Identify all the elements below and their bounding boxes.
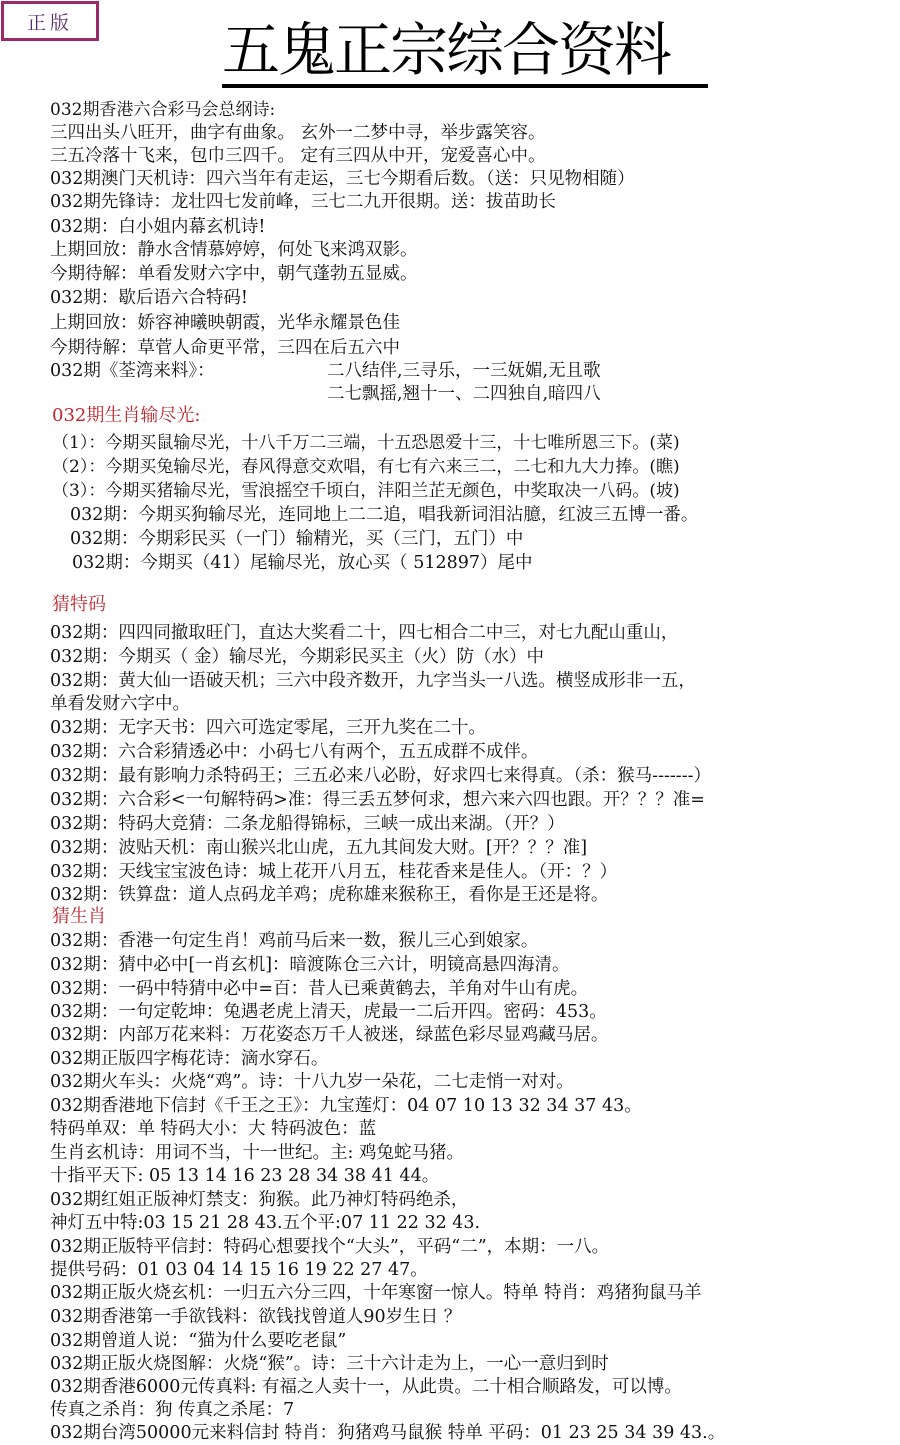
text-line: 032期正版火烧图解：火烧“猴”。诗：三十六计走为上，一心一意归到时 [50, 1353, 609, 1375]
text-line: 生肖玄机诗：用词不当，十一世纪。主: 鸡兔蛇马猪。 [50, 1142, 464, 1164]
text-line: 032期正版特平信封：特码心想要找个“大头”，平码“二”，本期：一八。 [50, 1236, 609, 1258]
text-line: 今期待解：单看发财六字中，朝气蓬勃五显威。 [50, 263, 418, 285]
text-line: 三四出头八旺开，曲字有曲象。 玄外一二梦中寻，举步露笑容。 [50, 122, 546, 144]
text-line: 032期：无字天书：四六可选定零尾，三开九奖在二十。 [50, 717, 486, 739]
text-line: 032期先锋诗：龙壮四七发前峰，三七二九开很期。送：拔苗助长 [50, 191, 556, 213]
text-line: 神灯五中特:03 15 21 28 43.五个平:07 11 22 32 43. [50, 1212, 480, 1234]
text-line: 032期香港6000元传真料: 有福之人卖十一，从此贵。二十相合顺路发，可以博。 [50, 1376, 682, 1398]
text-line: 032期：今期买（ 金）输尽光，今期彩民买主（火）防（水）中 [50, 646, 544, 668]
text-line: 032期：今期买（41）尾输尽光，放心买（ 512897）尾中 [72, 552, 533, 574]
text-line: （3）：今期买猪输尽光，雪浪摇空千顷白，沣阳兰芷无颜色，中奖取决一八码。(坡) [52, 480, 680, 502]
text-line: 032期：最有影响力杀特码王；三五必来八必盼，好求四七来得真。（杀：猴马----… [50, 765, 711, 787]
text-line: 032期：猜中必中[一肖玄机]：暗渡陈仓三六计，明镜高悬四海清。 [50, 954, 570, 976]
text-line: （2）：今期买兔输尽光，春风得意交欢唱，有七有六来三二，二七和九大力捧。(瞧) [52, 456, 680, 478]
section-header-temalei: 猜特码 [52, 594, 106, 616]
text-line: 提供号码：01 03 04 14 15 16 19 22 27 47。 [50, 1259, 428, 1281]
page-title: 五鬼正宗综合资料 [222, 14, 710, 86]
quanwan-line: 二七飘摇,翘十一、二四独自,暗四八 [327, 383, 601, 405]
text-line: 032期：四四同撤取旺门，直达大奖看二十，四七相合二中三，对七九配山重山， [50, 622, 678, 644]
quanwan-line: 二八结伴,三寻乐，一三妩媚,无且歌 [327, 360, 601, 382]
text-line: 传真之杀肖：狗 传真之杀尾：7 [50, 1399, 294, 1421]
text-line: 032期：今期买狗输尽光，连同地上二二追，唱我新词泪沾臆，红波三五博一番。 [70, 504, 698, 526]
text-line: 032期：香港一句定生肖！鸡前马后来一数，猴儿三心到娘家。 [50, 930, 538, 952]
text-line: 032期：天线宝宝波色诗：城上花开八月五，桂花香来是佳人。（开：？） [50, 861, 617, 883]
text-line: （1）：今期买鼠输尽光，十八千万二三端，十五恐恩爱十三，十七唯所恩三下。(菜) [52, 432, 680, 454]
text-line: 032期：一码中特猜中必中=百：昔人已乘黄鹤去，羊角对牛山有虎。 [50, 978, 588, 1000]
section-header-shengxiao-shu: 032期生肖输尽光: [52, 405, 200, 427]
text-line: 032期火车头：火烧“鸡”。诗：十八九岁一朵花，二七走悄一对对。 [50, 1071, 574, 1093]
text-line: 032期：歇后语六合特码! [50, 287, 248, 309]
text-line: 三五冷落十飞来，包巾三四千。 定有三四从中开，宠爱喜心中。 [50, 145, 546, 167]
text-line: 032期红姐正版神灯禁支：狗猴。此乃神灯特码绝杀， [50, 1189, 468, 1211]
text-line: 上期回放：静水含情慕婷婷，何处飞来鸿双影。 [50, 239, 418, 261]
text-line: 今期待解：草菅人命更平常，三四在后五六中 [50, 337, 400, 359]
text-line: 032期：六合彩<一句解特码>准：得三丢五梦何求，想六来六四也跟。开？？？准= [50, 789, 705, 811]
text-line: 032期香港地下信封《千王之王》：九宝莲灯：04 07 10 13 32 34 … [50, 1095, 642, 1117]
text-line: 032期：一句定乾坤：兔遇老虎上清天，虎最一二后开四。密码：453。 [50, 1001, 607, 1023]
stamp-label: 正版 [27, 8, 73, 35]
text-line: 单看发财六字中。 [50, 693, 190, 715]
text-line: 032期：波贴天机：南山猴兴北山虎，五九其间发大财。[开？？？准] [50, 837, 587, 859]
text-line: 032期：内部万花来料：万花姿态万千人被迷，绿蓝色彩尽显鸡藏马居。 [50, 1024, 608, 1046]
text-line: 032期：白小姐内幕玄机诗! [50, 216, 265, 238]
zhengban-stamp: 正版 [1, 1, 99, 41]
title-underline [222, 84, 708, 88]
text-line: 上期回放：娇容神曦映朝霞，光华永耀景色佳 [50, 312, 400, 334]
text-line: 032期台湾50000元来料信封 特肖：狗猪鸡马鼠猴 特单 平码：01 23 2… [50, 1422, 725, 1444]
text-line: 032期香港第一手欲钱料：欲钱找曾道人90岁生日 ？ [50, 1306, 461, 1328]
text-line: 032期：黄大仙一语破天机；三六中段齐数开，九字当头一八选。横竖成形非一五， [50, 670, 696, 692]
text-line: 032期曾道人说：“猫为什么要吃老鼠” [50, 1330, 346, 1352]
text-line: 032期澳门天机诗：四六当年有走运，三七今期看后数。（送：只见物相随） [50, 168, 635, 190]
text-line: 032期正版四字梅花诗：滴水穿石。 [50, 1048, 328, 1070]
text-line: 032期：特码大竞猜：二条龙船得锦标，三峡一成出来湖。（开？） [50, 813, 565, 835]
text-line: 032期：铁算盘：道人点码龙羊鸡；虎称雄来猴称王，看你是王还是将。 [50, 884, 608, 906]
text-line: 十指平天下: 05 13 14 16 23 28 34 38 41 44。 [50, 1165, 439, 1187]
text-line: 032期香港六合彩马会总纲诗: [50, 99, 275, 121]
text-line: 032期：六合彩猜透必中：小码七八有两个，五五成群不成伴。 [50, 741, 538, 763]
section-header-shengxiao: 猜生肖 [52, 906, 106, 928]
text-line: 特码单双：单 特码大小：大 特码波色：蓝 [50, 1118, 376, 1140]
text-line: 032期正版火烧玄机：一归五六分三四，十年寒窗一惊人。特单 特肖：鸡猪狗鼠马羊 [50, 1282, 701, 1304]
text-line: 032期：今期彩民买（一门）输精光，买（三门，五门）中 [70, 528, 523, 550]
quanwan-label: 032期《荃湾来料》： [50, 360, 215, 382]
